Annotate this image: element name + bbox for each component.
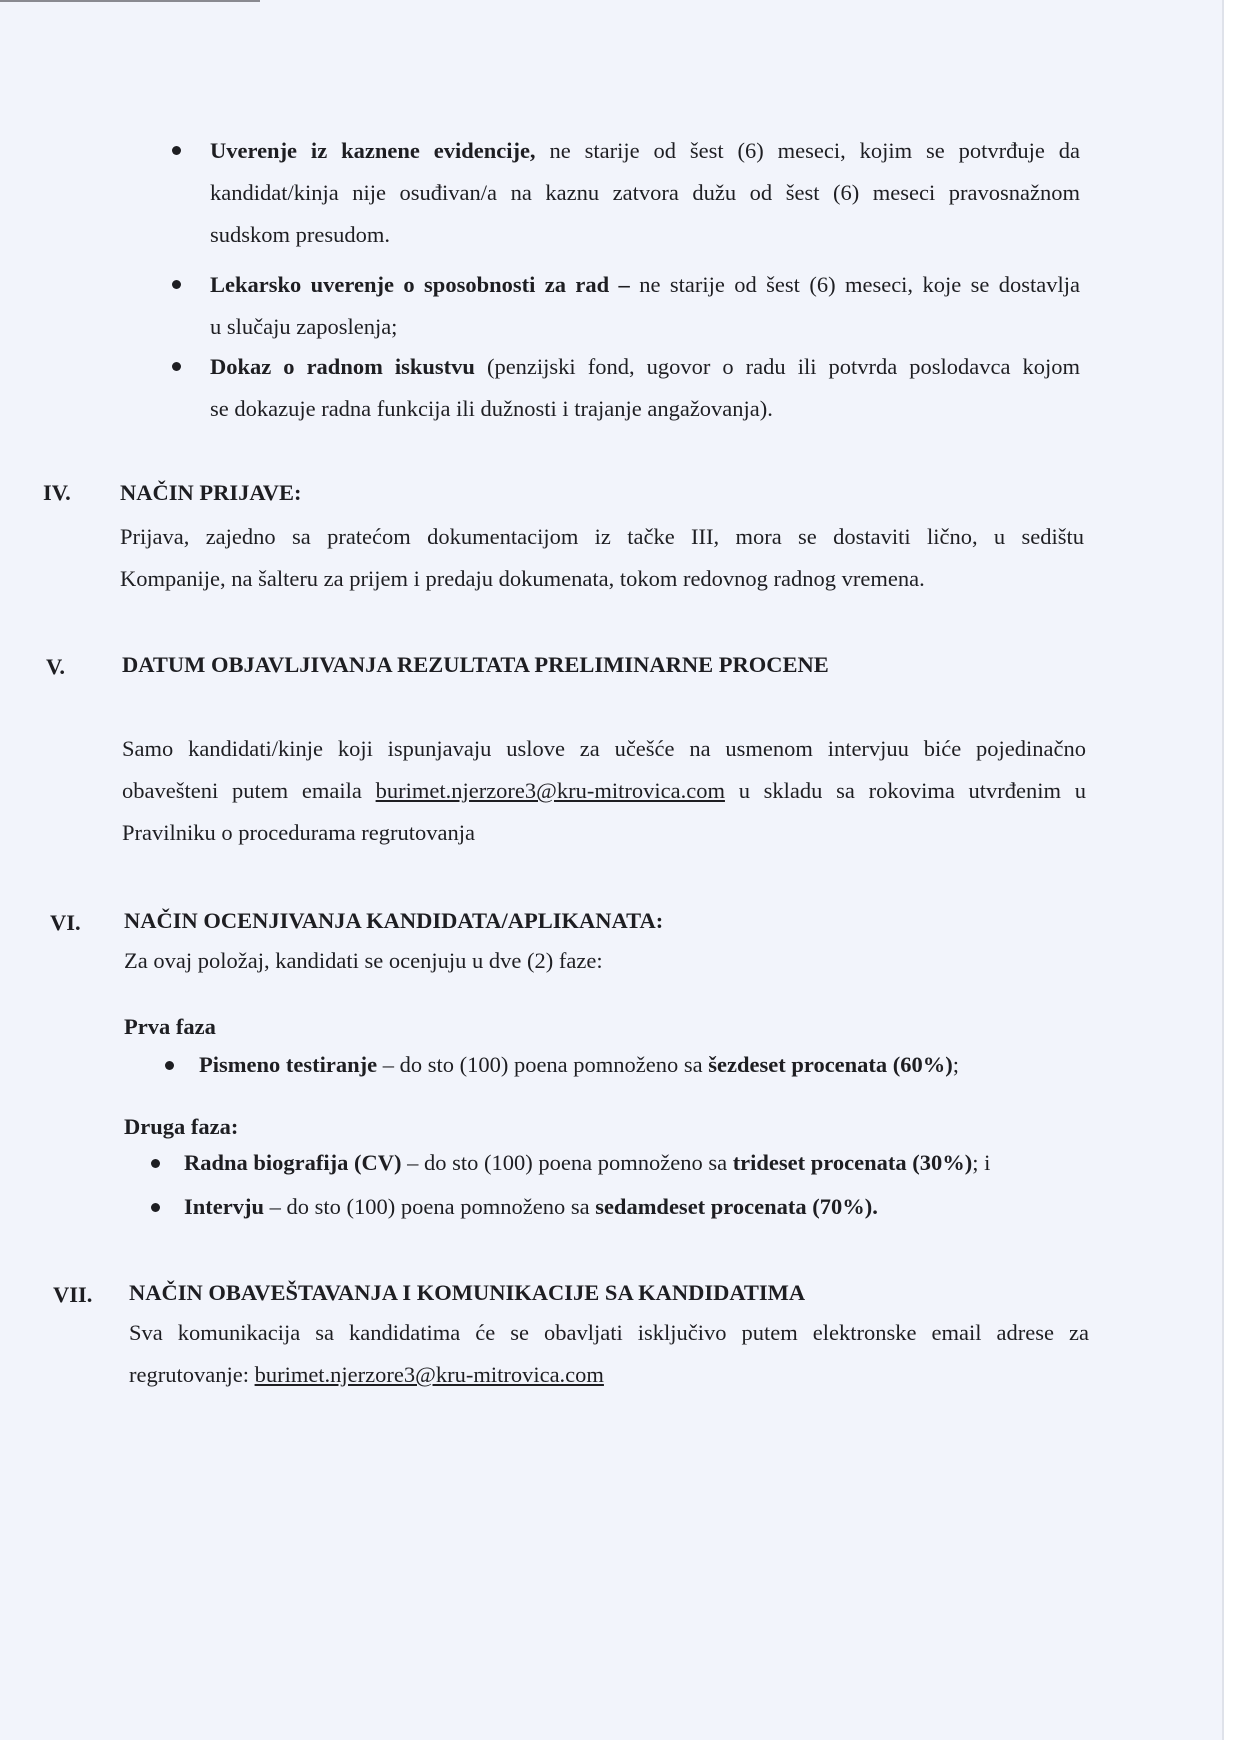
bullet-icon xyxy=(172,362,181,371)
bullet-icon xyxy=(172,280,181,289)
text-fragment: regrutovanje: xyxy=(129,1362,249,1387)
item-title: Pismeno testiranje xyxy=(199,1052,377,1077)
list-item-title: Uverenje iz kaznene evidencije, xyxy=(210,138,536,163)
list-item-text: (penzijski fond, ugovor o radu ili potvr… xyxy=(487,354,1080,379)
bullet-icon xyxy=(172,146,181,155)
section-text: Samo kandidati/kinje koji ispunjavaju us… xyxy=(122,738,1086,761)
document-page: Uverenje iz kaznene evidencije, ne stari… xyxy=(0,0,1224,1740)
section-number: VI. xyxy=(50,912,81,935)
bullet-icon xyxy=(151,1159,160,1168)
list-item: Uverenje iz kaznene evidencije, ne stari… xyxy=(210,140,1080,163)
section-text: Sva komunikacija sa kandidatima će se ob… xyxy=(129,1322,1089,1345)
list-item-title: Dokaz o radnom iskustvu xyxy=(210,354,475,379)
email-link[interactable]: burimet.njerzore3@kru-mitrovica.com xyxy=(376,778,725,803)
item-title: Radna biografija (CV) xyxy=(184,1150,402,1175)
item-tail: ; i xyxy=(972,1150,990,1175)
item-tail: ; xyxy=(953,1052,959,1077)
list-item-text: se dokazuje radna funkcija ili dužnosti … xyxy=(210,398,773,421)
section-number: V. xyxy=(46,656,65,679)
list-item-text: u slučaju zaposlenja; xyxy=(210,316,397,339)
list-item: Dokaz o radnom iskustvu (penzijski fond,… xyxy=(210,356,1080,379)
section-intro: Za ovaj položaj, kandidati se ocenjuju u… xyxy=(124,950,603,973)
section-number: IV. xyxy=(43,482,71,505)
list-item-text: ne starije od šest (6) meseci, koje se d… xyxy=(639,272,1080,297)
scan-edge-line xyxy=(0,0,260,2)
section-text: Pravilniku o procedurama regrutovanja xyxy=(122,822,475,845)
email-link[interactable]: burimet.njerzore3@kru-mitrovica.com xyxy=(255,1362,604,1387)
list-item: Intervju – do sto (100) poena pomnoženo … xyxy=(184,1196,878,1219)
section-title: NAČIN PRIJAVE: xyxy=(120,482,301,505)
section-title: NAČIN OCENJIVANJA KANDIDATA/APLIKANATA: xyxy=(124,910,663,933)
list-item-text: sudskom presudom. xyxy=(210,224,390,247)
item-text: – do sto (100) poena pomnoženo sa xyxy=(377,1052,708,1077)
item-text: – do sto (100) poena pomnoženo sa xyxy=(402,1150,733,1175)
list-item-text: ne starije od šest (6) meseci, kojim se … xyxy=(549,138,1080,163)
item-text: – do sto (100) poena pomnoženo sa xyxy=(264,1194,595,1219)
phase-label: Prva faza xyxy=(124,1016,216,1039)
text-fragment: u skladu sa rokovima utvrđenim u xyxy=(739,778,1086,803)
item-weight: trideset procenata (30%) xyxy=(733,1150,973,1175)
item-weight: šezdeset procenata (60%) xyxy=(708,1052,953,1077)
bullet-icon xyxy=(151,1203,160,1212)
list-item-title: Lekarsko uverenje o sposobnosti za rad – xyxy=(210,272,630,297)
item-title: Intervju xyxy=(184,1194,264,1219)
section-title: NAČIN OBAVEŠTAVANJA I KOMUNIKACIJE SA KA… xyxy=(129,1282,805,1305)
section-number: VII. xyxy=(53,1284,92,1307)
bullet-icon xyxy=(165,1061,174,1070)
text-fragment: obavešteni putem emaila xyxy=(122,778,362,803)
section-text: obavešteni putem emaila burimet.njerzore… xyxy=(122,780,1086,803)
phase-label: Druga faza: xyxy=(124,1116,238,1139)
item-weight: sedamdeset procenata (70%). xyxy=(595,1194,878,1219)
section-text: regrutovanje: burimet.njerzore3@kru-mitr… xyxy=(129,1364,604,1387)
section-text: Kompanije, na šalteru za prijem i predaj… xyxy=(120,568,925,591)
section-text: Prijava, zajedno sa pratećom dokumentaci… xyxy=(120,526,1084,549)
list-item-text: kandidat/kinja nije osuđivan/a na kaznu … xyxy=(210,182,1080,205)
section-title: DATUM OBJAVLJIVANJA REZULTATA PRELIMINAR… xyxy=(122,654,829,677)
list-item: Pismeno testiranje – do sto (100) poena … xyxy=(199,1054,959,1077)
list-item: Radna biografija (CV) – do sto (100) poe… xyxy=(184,1152,990,1175)
list-item: Lekarsko uverenje o sposobnosti za rad –… xyxy=(210,274,1080,297)
